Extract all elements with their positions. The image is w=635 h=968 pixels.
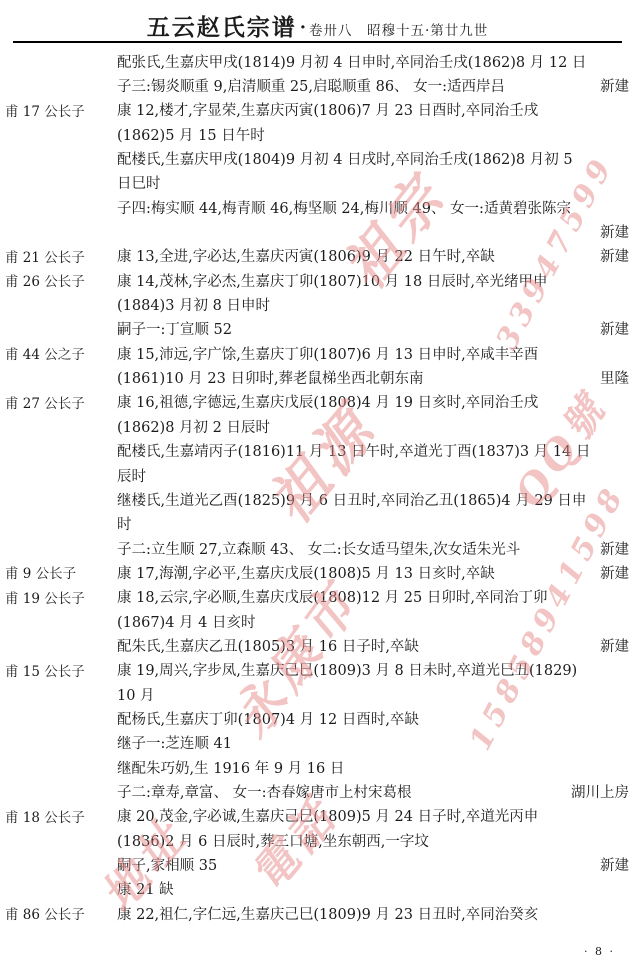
generation-label: 甫 21 公长子 xyxy=(5,246,117,266)
genealogy-line: (1884)3 月初 8 日申时 xyxy=(5,292,629,316)
line-tag: 新建 xyxy=(594,538,629,559)
page-subtitle: 卷卅八 昭穆十五·第廿九世 xyxy=(309,23,488,39)
line-text: 10 月 xyxy=(117,684,623,705)
line-text: 康 15,沛远,字广馀,生嘉庆丁卯(1807)6 月 13 日申时,卒咸丰辛酉 xyxy=(117,343,623,364)
genealogy-line: 子三:锡炎顺重 9,启清顺重 25,启聪顺重 86、 女一:适西岸吕 新建 xyxy=(5,73,629,97)
genealogy-line: 甫 86 公长子 康 22,祖仁,字仁远,生嘉庆己巳(1809)9 月 23 日… xyxy=(5,901,629,925)
line-text: 康 14,茂林,字必杰,生嘉庆丁卯(1807)10 月 18 日辰时,卒光绪甲申 xyxy=(117,270,623,291)
line-text: (1861)10 月 23 日卯时,葬老鼠梯坐西北朝东南 xyxy=(117,367,594,388)
line-text: 康 17,海潮,字必平,生嘉庆戊辰(1808)5 月 13 日亥时,卒缺 xyxy=(117,562,594,583)
line-tag: 新建 xyxy=(594,562,629,583)
genealogy-line: 嗣子,家相顺 35 新建 xyxy=(5,852,629,876)
line-text: (1862)5 月 15 日午时 xyxy=(117,124,623,145)
genealogy-line: 甫 44 公之子 康 15,沛远,字广馀,生嘉庆丁卯(1807)6 月 13 日… xyxy=(5,341,629,365)
genealogy-line: (1836)2 月 6 日辰时,葬三口塘,坐东朝西,一字坟 xyxy=(5,828,629,852)
line-text: 康 18,云宗,字必顺,生嘉庆戊辰(1808)12 月 25 日卯时,卒同治丁卯 xyxy=(117,586,623,607)
line-tag: 新建 xyxy=(594,75,629,96)
genealogy-line: 甫 27 公长子 康 16,祖德,字德远,生嘉庆戊辰(1808)4 月 19 日… xyxy=(5,390,629,414)
line-tag: 新建 xyxy=(594,221,629,242)
genealogy-line: 辰时 xyxy=(5,463,629,487)
genealogy-line: 继子一:芝连顺 41 xyxy=(5,731,629,755)
generation-label: 甫 19 公长子 xyxy=(5,587,117,607)
genealogy-line: (1867)4 月 4 日亥时 xyxy=(5,609,629,633)
line-text: 康 13,全进,字必达,生嘉庆丙寅(1806)9 月 22 日午时,卒缺 xyxy=(117,245,594,266)
line-tag: 里隆 xyxy=(594,367,629,388)
generation-label: 甫 17 公长子 xyxy=(5,100,117,120)
line-text: (1836)2 月 6 日辰时,葬三口塘,坐东朝西,一字坟 xyxy=(117,830,623,851)
title-separator-dot: · xyxy=(297,17,309,38)
generation-label: 甫 44 公之子 xyxy=(5,343,117,363)
genealogy-line: 配张氏,生嘉庆甲戌(1814)9 月初 4 日申时,卒同治壬戌(1862)8 月… xyxy=(5,49,629,73)
genealogy-line: 甫 21 公长子 康 13,全进,字必达,生嘉庆丙寅(1806)9 月 22 日… xyxy=(5,244,629,268)
line-tag: 新建 xyxy=(594,854,629,875)
line-text: 子四:梅实顺 44,梅青顺 46,梅坚顺 24,梅川顺 49、 女一:适黄碧张陈… xyxy=(117,197,623,218)
genealogy-line: 配楼氏,生嘉靖丙子(1816)11 月 13 日午时,卒道光丁酉(1837)3 … xyxy=(5,439,629,463)
genealogy-line: 子四:梅实顺 44,梅青顺 46,梅坚顺 24,梅川顺 49、 女一:适黄碧张陈… xyxy=(5,195,629,219)
line-text: (1867)4 月 4 日亥时 xyxy=(117,611,623,632)
genealogy-line: 嗣子一:丁宣顺 52 新建 xyxy=(5,317,629,341)
line-text: 康 22,祖仁,字仁远,生嘉庆己巳(1809)9 月 23 日丑时,卒同治癸亥 xyxy=(117,903,623,924)
line-text: 嗣子,家相顺 35 xyxy=(117,854,594,875)
line-tag: 新建 xyxy=(594,245,629,266)
line-text: 时 xyxy=(117,513,623,534)
genealogy-line: 配杨氏,生嘉庆丁卯(1807)4 月 12 日酉时,卒缺 xyxy=(5,706,629,730)
genealogy-line: 甫 19 公长子 康 18,云宗,字必顺,生嘉庆戊辰(1808)12 月 25 … xyxy=(5,585,629,609)
genealogy-line: 甫 9 公长子 康 17,海潮,字必平,生嘉庆戊辰(1808)5 月 13 日亥… xyxy=(5,560,629,584)
genealogy-line: 新建 xyxy=(5,219,629,243)
line-text: 辰时 xyxy=(117,465,623,486)
line-text: 配张氏,生嘉庆甲戌(1814)9 月初 4 日申时,卒同治壬戌(1862)8 月… xyxy=(117,51,623,72)
genealogy-line: (1862)8 月初 2 日辰时 xyxy=(5,414,629,438)
line-text: 配朱氏,生嘉庆乙丑(1805)3 月 16 日子时,卒缺 xyxy=(117,635,594,656)
genealogy-line: 继配朱巧奶,生 1916 年 9 月 16 日 xyxy=(5,755,629,779)
genealogy-line: 10 月 xyxy=(5,682,629,706)
genealogy-line: 日巳时 xyxy=(5,171,629,195)
line-text: 康 20,茂金,字必诚,生嘉庆己巳(1809)5 月 24 日子时,卒道光丙申 xyxy=(117,805,623,826)
line-text: 配楼氏,生嘉靖丙子(1816)11 月 13 日午时,卒道光丁酉(1837)3 … xyxy=(117,440,623,461)
generation-label: 甫 9 公长子 xyxy=(5,562,117,582)
genealogy-line: (1862)5 月 15 日午时 xyxy=(5,122,629,146)
genealogy-line: 甫 18 公长子 康 20,茂金,字必诚,生嘉庆己巳(1809)5 月 24 日… xyxy=(5,804,629,828)
line-text: 子二:章寿,章富、 女一:杏春嫁唐市上村宋葛根 xyxy=(117,781,565,802)
genealogy-line: 甫 15 公长子 康 19,周兴,字步凤,生嘉庆己巳(1809)3 月 8 日未… xyxy=(5,658,629,682)
line-text: 继楼氏,生道光乙酉(1825)9 月 6 日丑时,卒同治乙丑(1865)4 月 … xyxy=(117,489,623,510)
line-text: 日巳时 xyxy=(117,172,623,193)
line-text: 配楼氏,生嘉庆甲戌(1804)9 月初 4 日戌时,卒同治壬戌(1862)8 月… xyxy=(117,148,623,169)
line-text: 继配朱巧奶,生 1916 年 9 月 16 日 xyxy=(117,757,623,778)
page-number: · 8 · xyxy=(584,945,615,958)
line-tag: 湖川上房 xyxy=(565,781,629,802)
line-text: 康 12,楼才,字显荣,生嘉庆丙寅(1806)7 月 23 日酉时,卒同治壬戌 xyxy=(117,99,623,120)
genealogy-line: (1861)10 月 23 日卯时,葬老鼠梯坐西北朝东南 里隆 xyxy=(5,365,629,389)
genealogy-line: 配楼氏,生嘉庆甲戌(1804)9 月初 4 日戌时,卒同治壬戌(1862)8 月… xyxy=(5,146,629,170)
genealogy-line: 子二:立生顺 27,立森顺 43、 女二:长女适马望朱,次女适朱光斗 新建 xyxy=(5,536,629,560)
genealogy-line: 子二:章寿,章富、 女一:杏春嫁唐市上村宋葛根 湖川上房 xyxy=(5,779,629,803)
genealogy-line: 继楼氏,生道光乙酉(1825)9 月 6 日丑时,卒同治乙丑(1865)4 月 … xyxy=(5,487,629,511)
line-text: 子三:锡炎顺重 9,启清顺重 25,启聪顺重 86、 女一:适西岸吕 xyxy=(117,75,594,96)
line-text: 康 21 缺 xyxy=(117,878,623,899)
generation-label: 甫 27 公长子 xyxy=(5,392,117,412)
genealogy-line: 配朱氏,生嘉庆乙丑(1805)3 月 16 日子时,卒缺 新建 xyxy=(5,633,629,657)
header-divider xyxy=(13,41,622,43)
line-text: (1862)8 月初 2 日辰时 xyxy=(117,416,623,437)
genealogy-entries: 配张氏,生嘉庆甲戌(1814)9 月初 4 日申时,卒同治壬戌(1862)8 月… xyxy=(5,49,629,925)
line-tag: 新建 xyxy=(594,318,629,339)
genealogy-line: 甫 17 公长子 康 12,楼才,字显荣,生嘉庆丙寅(1806)7 月 23 日… xyxy=(5,98,629,122)
line-text: 康 16,祖德,字德远,生嘉庆戊辰(1808)4 月 19 日亥时,卒同治壬戌 xyxy=(117,391,623,412)
line-text: 继子一:芝连顺 41 xyxy=(117,732,623,753)
line-text: 康 19,周兴,字步凤,生嘉庆己巳(1809)3 月 8 日未时,卒道光巳丑(1… xyxy=(117,659,623,680)
line-text: (1884)3 月初 8 日申时 xyxy=(117,294,623,315)
page-header: 五云赵氏宗谱·卷卅八 昭穆十五·第廿九世 xyxy=(0,9,635,42)
genealogy-line: 甫 26 公长子 康 14,茂林,字必杰,生嘉庆丁卯(1807)10 月 18 … xyxy=(5,268,629,292)
page-title: 五云赵氏宗谱 xyxy=(147,14,297,41)
line-text: 配杨氏,生嘉庆丁卯(1807)4 月 12 日酉时,卒缺 xyxy=(117,708,623,729)
line-tag: 新建 xyxy=(594,635,629,656)
generation-label: 甫 26 公长子 xyxy=(5,270,117,290)
line-text: 嗣子一:丁宣顺 52 xyxy=(117,318,594,339)
generation-label: 甫 18 公长子 xyxy=(5,806,117,826)
genealogy-line: 康 21 缺 xyxy=(5,877,629,901)
generation-label: 甫 15 公长子 xyxy=(5,660,117,680)
genealogy-page: 五云赵氏宗谱·卷卅八 昭穆十五·第廿九世 配张氏,生嘉庆甲戌(1814)9 月初… xyxy=(0,0,635,968)
generation-label: 甫 86 公长子 xyxy=(5,903,117,923)
line-text: 子二:立生顺 27,立森顺 43、 女二:长女适马望朱,次女适朱光斗 xyxy=(117,538,594,559)
genealogy-line: 时 xyxy=(5,512,629,536)
